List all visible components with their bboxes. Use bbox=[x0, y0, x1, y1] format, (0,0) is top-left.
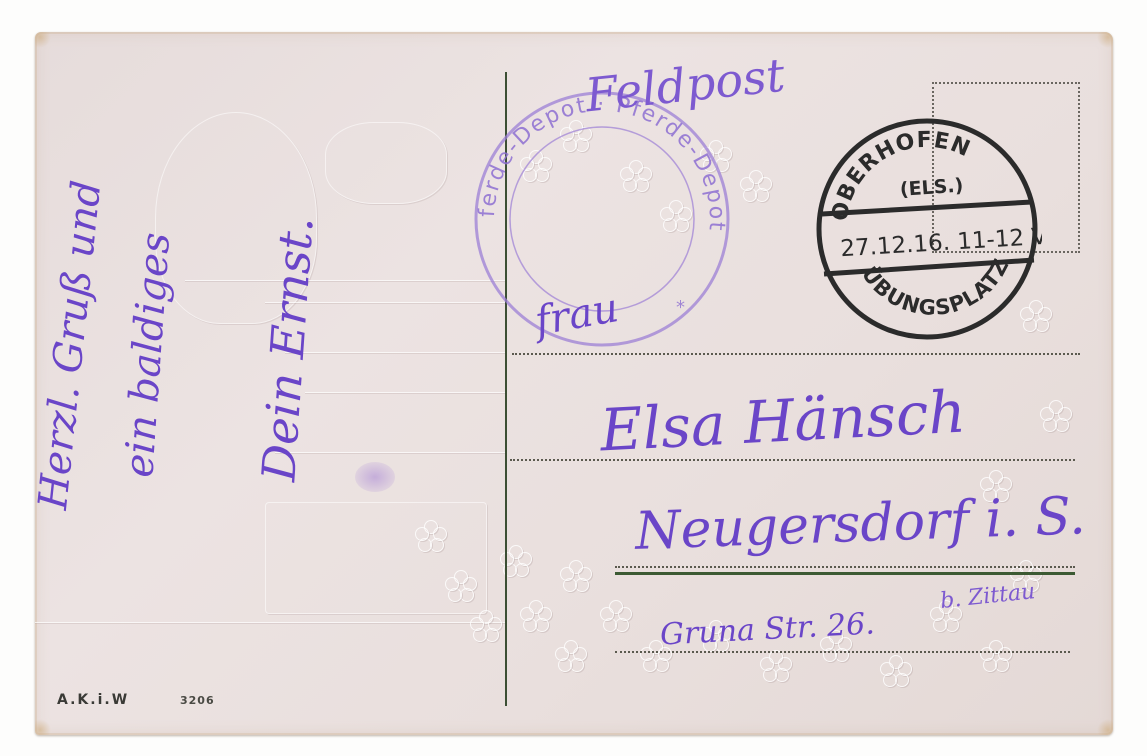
embossed-flower bbox=[600, 600, 630, 630]
worn-corner bbox=[35, 719, 51, 735]
embossed-hand bbox=[325, 122, 447, 204]
worn-corner bbox=[1097, 719, 1113, 735]
embossed-flower bbox=[980, 640, 1010, 670]
embossed-flower bbox=[470, 610, 500, 640]
worn-corner bbox=[1097, 32, 1113, 48]
embossed-line bbox=[305, 392, 505, 393]
address-town: Neugersdorf i. S. bbox=[634, 486, 1086, 562]
address-district: b. Zittau bbox=[939, 579, 1036, 614]
embossed-flower bbox=[445, 570, 475, 600]
svg-text:(ELS.): (ELS.) bbox=[899, 174, 964, 200]
address-line-1 bbox=[512, 353, 1080, 355]
embossed-flower bbox=[880, 655, 910, 685]
svg-text:*: * bbox=[676, 297, 685, 318]
embossed-line bbox=[285, 352, 505, 353]
address-line-2 bbox=[510, 459, 1075, 461]
embossed-flower bbox=[555, 640, 585, 670]
embossed-flower bbox=[415, 520, 445, 550]
embossed-flower bbox=[1040, 400, 1070, 430]
catalog-number: 3206 bbox=[180, 694, 215, 707]
message-line-2: ein baldiges bbox=[116, 231, 179, 479]
publisher-mark: A.K.i.W bbox=[57, 692, 129, 708]
embossed-flower bbox=[520, 600, 550, 630]
postcard: Pferde-Depot · Pferde-Depot * OBERHOFEN … bbox=[35, 32, 1113, 735]
address-line-3 bbox=[615, 566, 1075, 568]
ink-smudge bbox=[355, 462, 395, 492]
embossed-line bbox=[275, 452, 505, 453]
address-name: Elsa Hänsch bbox=[598, 377, 967, 464]
message-line-1: Herzl. Gruß und bbox=[35, 178, 110, 511]
svg-text:27.12.16. 11-12 V: 27.12.16. 11-12 V bbox=[840, 224, 1042, 263]
embossed-line bbox=[185, 280, 505, 281]
embossed-flower bbox=[760, 650, 790, 680]
feldpost-heading: Feldpost bbox=[583, 48, 788, 123]
embossed-flower bbox=[560, 560, 590, 590]
address-underline bbox=[615, 572, 1075, 575]
embossed-flower bbox=[740, 170, 770, 200]
embossed-line bbox=[35, 622, 505, 623]
postmark: OBERHOFEN (ELS.) 27.12.16. 11-12 V ÜBUNG… bbox=[812, 114, 1042, 344]
worn-corner bbox=[35, 32, 51, 48]
